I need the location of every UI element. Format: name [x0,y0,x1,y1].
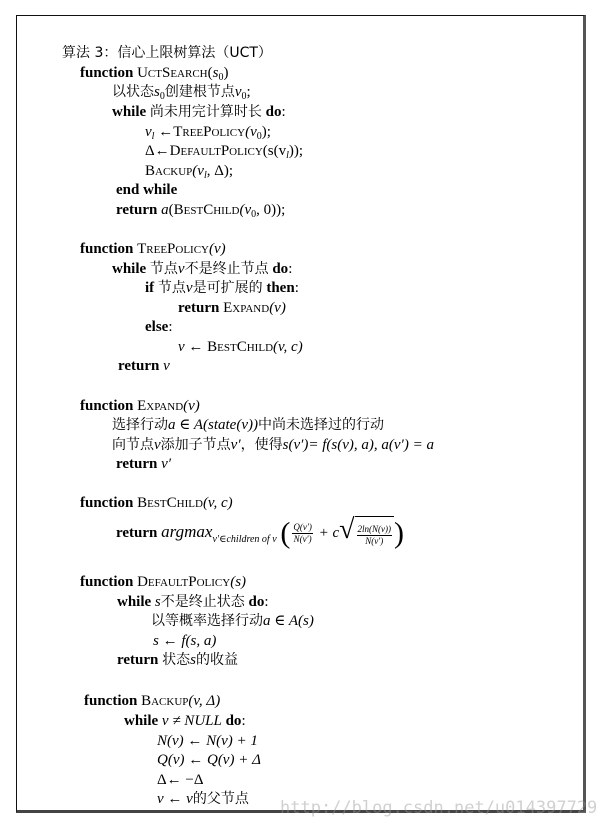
keyword-return: return [116,202,157,218]
cn-text: 以状态 [112,84,154,100]
cn-text: 尚未用完计算时长 [150,104,262,120]
default-policy-line-1: 以等概率选择行动a ∈ A(s) [151,612,314,630]
math: s ← f(s, a) [153,633,216,649]
var: v [235,84,242,100]
default-policy-line-2: s ← f(s, a) [153,632,216,650]
var: v′ [231,437,241,453]
var: v [154,437,161,453]
keyword-while: while [112,261,146,277]
tree-policy-else: else: [145,318,173,336]
function-name: DefaultPolicy [170,143,263,159]
argmax: argmax [161,522,212,541]
default-policy-while: while s不是终止状态 do: [117,593,269,611]
var: v [145,124,152,140]
function-name: Backup [141,693,188,709]
plus-c: + c [319,525,340,541]
keyword-return: return [118,358,159,374]
keyword-do: do [226,713,242,729]
radicand: 2ln(N(v))N(v′) [355,516,395,552]
default-policy-signature: function DefaultPolicy(s) [80,573,246,591]
keyword-function: function [80,574,133,590]
keyword-return: return [116,456,157,472]
math: N(v) ← N(v) + 1 [157,733,258,749]
uct-search-init-line: 以状态s0创建根节点v0; [112,83,251,101]
keyword-if: if [145,280,154,296]
function-name: BestChild [207,339,273,355]
args: (v [245,124,257,140]
cn-text: 是可扩展的 [193,280,263,296]
args: (v [192,163,204,179]
var: v [163,358,170,374]
tree-policy-signature: function TreePolicy(v) [80,240,226,258]
keyword-while: while [124,713,158,729]
function-name: DefaultPolicy [137,574,230,590]
backup-signature: function Backup(v, Δ) [84,692,220,710]
uct-search-body-3: Backup(vl, Δ); [145,162,233,180]
math: Δ← −Δ [157,772,204,788]
punct: : [241,713,245,729]
lhs: Δ← [145,143,170,159]
argmax-subscript: v′∈children of v [212,534,276,545]
args: (v, c) [203,495,233,511]
var: v [186,280,193,296]
punct: : [288,261,292,277]
function-name: TreePolicy [137,241,209,257]
keyword-function: function [80,241,133,257]
punct: : [168,319,172,335]
backup-while: while v ≠ NULL do: [124,712,246,730]
cn-text: 创建根节点 [165,84,235,100]
cn-text: 以等概率选择行动 [151,613,263,629]
punct: , Δ); [207,163,233,179]
keyword-function: function [80,65,133,81]
math: Q(v) ← Q(v) + Δ [157,752,261,768]
tree-policy-return: return v [118,357,170,375]
cn-text: 节点 [158,280,186,296]
tree-policy-while: while 节点v不是终止节点 do: [112,260,292,278]
punct: : [282,104,286,120]
keyword-then: then [266,280,294,296]
var: v [178,261,185,277]
cn-text: 添加子节点 [161,437,231,453]
backup-line-3: Δ← −Δ [157,771,204,789]
cn-text: 的父节点 [193,791,249,807]
expand-return: return v′ [116,455,171,473]
cn-text: 的收益 [196,652,238,668]
watermark: http://blog.csdn.net/u014397729 [280,798,597,818]
punct: ; [247,84,251,100]
math: v ← v [157,791,193,807]
best-child-signature: function BestChild(v, c) [80,494,233,512]
cn-text: 状态 [162,652,190,668]
keyword-while: while [117,594,151,610]
keyword-function: function [80,495,133,511]
function-name: BestChild [137,495,203,511]
paren: ) [223,65,228,81]
keyword-do: do [272,261,288,277]
best-child-return: return argmaxv′∈children of v (Q(v′)N(v′… [116,515,404,557]
right-paren: ) [394,517,404,550]
tree-policy-if: if 节点v是可扩展的 then: [145,279,299,297]
tree-policy-return-expand: return Expand(v) [178,299,286,317]
expand-signature: function Expand(v) [80,397,200,415]
keyword-while: while [112,104,146,120]
function-name: TreePolicy [173,124,245,140]
punct: : [264,594,268,610]
cn-text: 向节点 [112,437,154,453]
var: a [161,202,169,218]
punct: , 0)); [256,202,285,218]
keyword-else: else [145,319,168,335]
keyword-return: return [116,525,157,541]
function-name: Backup [145,163,192,179]
args: (v [239,202,251,218]
args: (v, c) [273,339,303,355]
tree-policy-assign: v ← BestChild(v, c) [178,338,303,356]
arrow: ← [154,124,173,140]
uct-search-return: return a(BestChild(v0, 0)); [116,201,285,219]
args: (v) [269,300,286,316]
keyword-end-while: end while [116,182,177,198]
function-name: Expand [137,398,183,414]
radical-sign: √ [339,516,354,552]
punct: : [295,280,299,296]
title-text: 算法 3：信心上限树算法（UCT） [62,45,272,61]
function-name: UctSearch [137,65,208,81]
expand-line-1: 选择行动a ∈ A(state(v))中尚未选择过的行动 [112,416,384,434]
var: v′ [161,456,171,472]
math: v ≠ NULL [162,713,222,729]
fraction-explore: 2ln(N(v))N(v′) [357,524,393,547]
uct-search-end-while: end while [116,181,177,199]
punct: ); [262,124,271,140]
keyword-do: do [249,594,265,610]
args: (v, Δ) [188,693,220,709]
left-paren: ( [280,517,290,550]
args: (s) [230,574,246,590]
lhs: v ← [178,339,207,355]
math: s(v′)= f(s(v), a), a(v′) = a [283,437,434,453]
uct-search-while-line: while 尚未用完计算时长 do: [112,103,286,121]
uct-search-body-2: Δ←DefaultPolicy(s(vl)); [145,142,303,160]
args: (v) [183,398,200,414]
backup-line-4: v ← v的父节点 [157,790,249,808]
backup-line-1: N(v) ← N(v) + 1 [157,732,258,750]
keyword-function: function [80,398,133,414]
numerator: Q(v′) [292,522,312,534]
keyword-do: do [266,104,282,120]
args: (s(v [263,143,286,159]
denominator: N(v′) [365,536,383,547]
fraction-q-over-n: Q(v′)N(v′) [292,522,312,545]
backup-line-2: Q(v) ← Q(v) + Δ [157,751,261,769]
expand-line-2: 向节点v添加子节点v′，使得s(v′)= f(s(v), a), a(v′) =… [112,436,434,454]
keyword-function: function [84,693,137,709]
punct: )); [289,143,303,159]
cn-text: 不是终止状态 [161,594,245,610]
sqrt: √2ln(N(v))N(v′) [339,516,394,552]
math: a ∈ A(s) [263,613,314,629]
keyword-return: return [117,652,158,668]
uct-search-signature: function UctSearch(s0) [80,64,228,82]
keyword-return: return [178,300,219,316]
cn-text: 不是终止节点 [185,261,269,277]
algorithm-title: 算法 3：信心上限树算法（UCT） [62,44,272,62]
cn-text: 中尚未选择过的行动 [258,417,384,433]
numerator: 2ln(N(v)) [357,524,393,536]
cn-text: 节点 [150,261,178,277]
default-policy-return: return 状态s的收益 [117,651,238,669]
denominator: N(v′) [294,534,312,545]
function-name: Expand [223,300,269,316]
cn-text: 选择行动 [112,417,168,433]
cn-text: ，使得 [241,437,283,453]
args: (v) [209,241,226,257]
math: a ∈ A(state(v)) [168,417,258,433]
uct-search-body-1: vl ←TreePolicy(v0); [145,123,271,141]
function-name: BestChild [174,202,240,218]
